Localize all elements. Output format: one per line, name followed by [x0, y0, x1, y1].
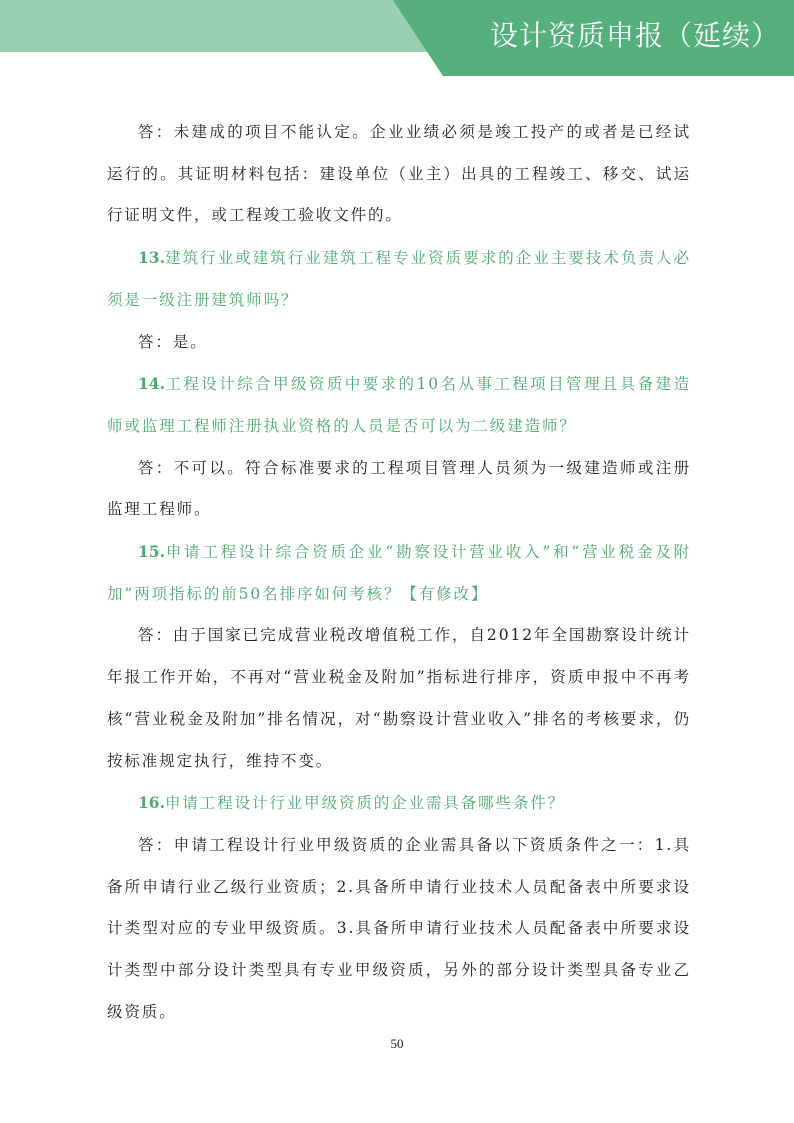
question-text: 申请工程设计综合资质企业“勘察设计营业收入”和“营业税金及附加”两项指标的前50…	[107, 543, 691, 603]
question-number: 15.	[138, 542, 165, 561]
page-number: 50	[0, 1036, 794, 1052]
question-number: 14.	[138, 374, 165, 393]
answer-13: 答：是。	[107, 322, 691, 364]
header-band-light	[0, 0, 460, 52]
question-number: 13.	[138, 248, 165, 267]
answer-16: 答：申请工程设计行业甲级资质的企业需具备以下资质条件之一：1.具备所申请行业乙级…	[107, 825, 691, 1034]
question-16: 16.申请工程设计行业甲级资质的企业需具备哪些条件？	[107, 782, 691, 825]
question-text: 工程设计综合甲级资质中要求的10名从事工程项目管理且具备建造师或监理工程师注册执…	[107, 375, 691, 435]
question-15: 15.申请工程设计综合资质企业“勘察设计营业收入”和“营业税金及附加”两项指标的…	[107, 531, 691, 615]
question-text: 建筑行业或建筑行业建筑工程专业资质要求的企业主要技术负责人必须是一级注册建筑师吗…	[107, 249, 691, 309]
answer-paragraph: 答：未建成的项目不能认定。企业业绩必须是竣工投产的或者是已经试运行的。其证明材料…	[107, 112, 691, 237]
answer-15: 答：由于国家已完成营业税改增值税工作，自2012年全国勘察设计统计年报工作开始，…	[107, 615, 691, 782]
question-text: 申请工程设计行业甲级资质的企业需具备哪些条件？	[165, 794, 565, 812]
question-14: 14.工程设计综合甲级资质中要求的10名从事工程项目管理且具备建造师或监理工程师…	[107, 363, 691, 447]
question-number: 16.	[138, 793, 165, 812]
answer-14: 答：不可以。符合标准要求的工程项目管理人员须为一级建造师或注册监理工程师。	[107, 448, 691, 531]
document-body: 答：未建成的项目不能认定。企业业绩必须是竣工投产的或者是已经试运行的。其证明材料…	[107, 112, 691, 1033]
question-13: 13.建筑行业或建筑行业建筑工程专业资质要求的企业主要技术负责人必须是一级注册建…	[107, 237, 691, 321]
section-title: 设计资质申报（延续）	[470, 16, 780, 56]
